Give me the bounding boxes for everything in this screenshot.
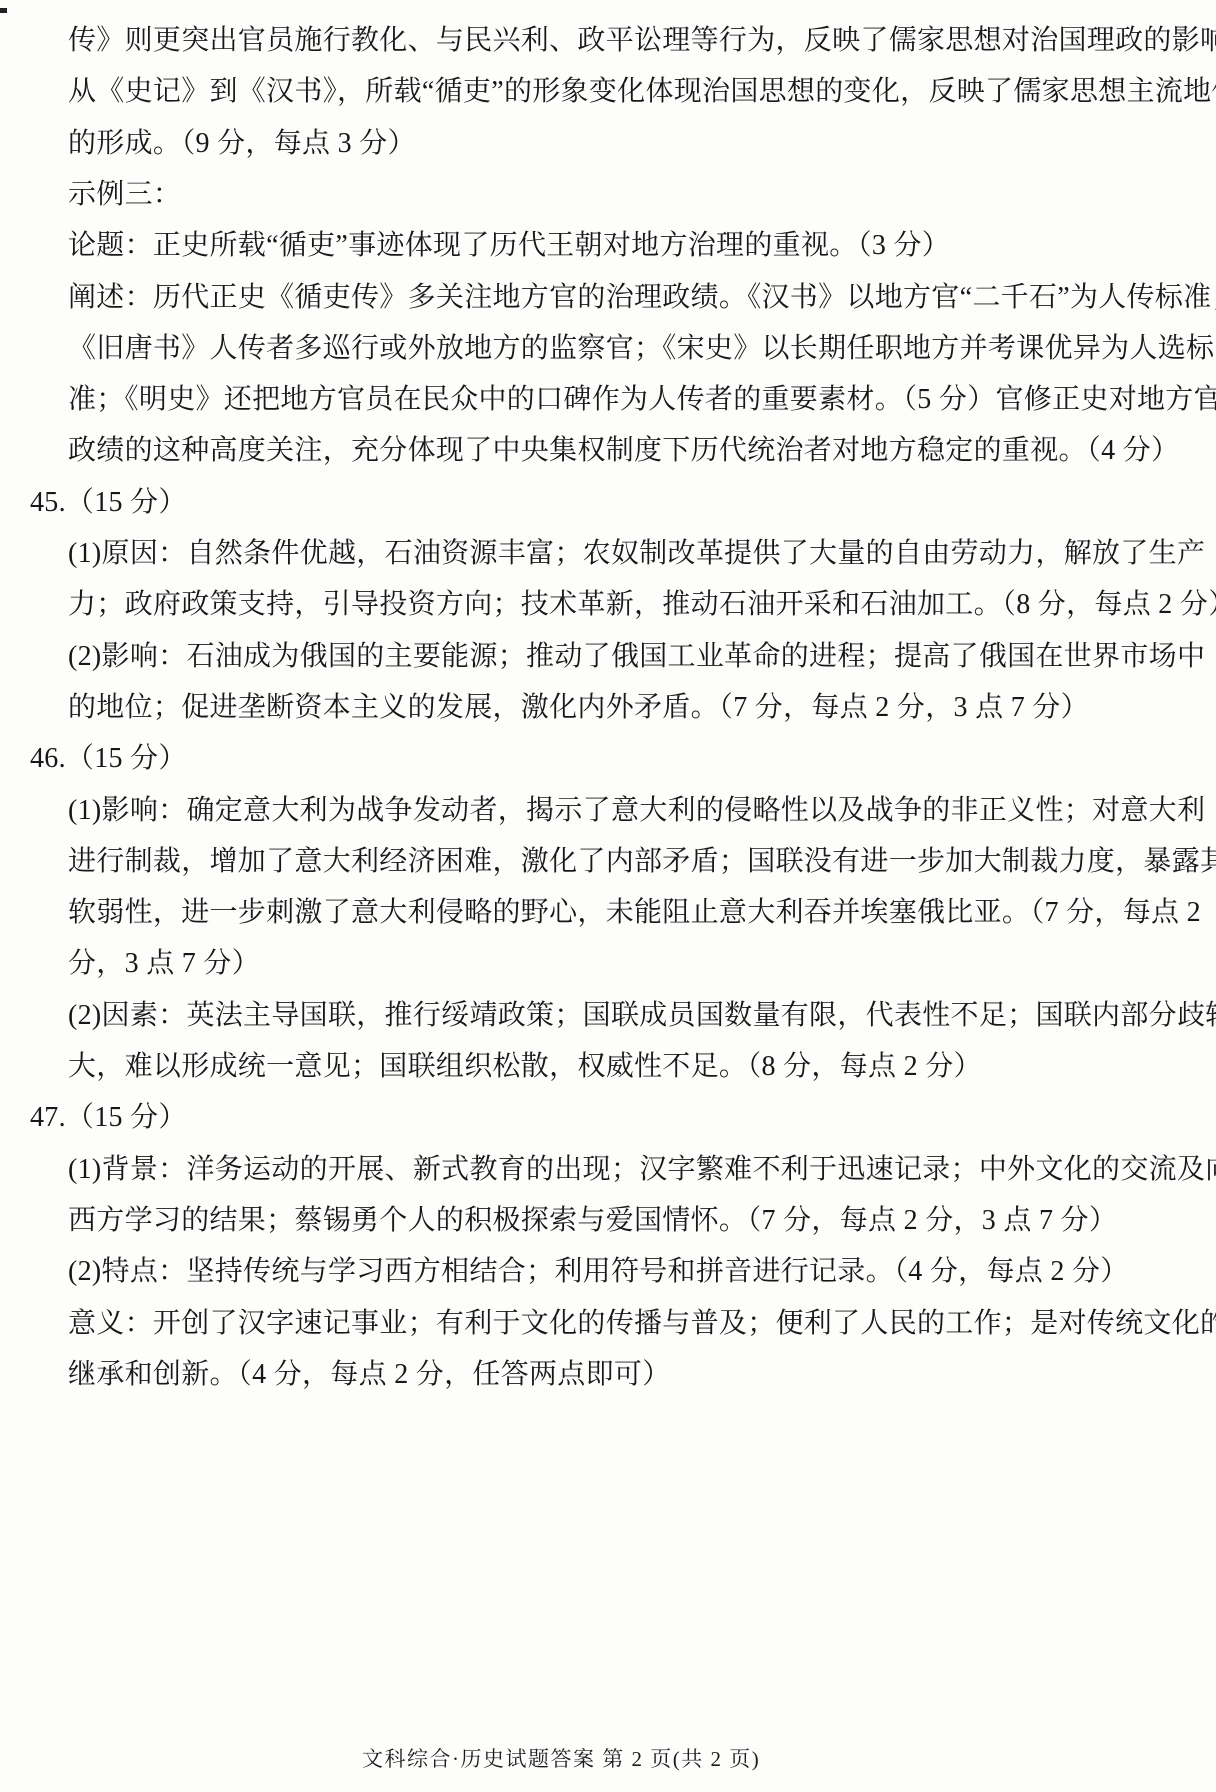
answer-text-line: 继承和创新。（4 分，每点 2 分，任答两点即可） — [68, 1358, 671, 1392]
answer-text-line: 《旧唐书》人传者多巡行或外放地方的监察官；《宋史》以长期任职地方并考课优异为人选… — [68, 332, 1214, 366]
question-number-line: 45.（15 分） — [30, 486, 187, 520]
answer-text-line: (2)因素：英法主导国联，推行绥靖政策；国联成员国数量有限，代表性不足；国联内部… — [68, 999, 1216, 1033]
answer-text-line: 进行制裁，增加了意大利经济困难，激化了内部矛盾；国联没有进一步加大制裁力度，暴露… — [68, 845, 1216, 879]
page-footer: 文科综合·历史试题答案 第 2 页(共 2 页) — [362, 1743, 760, 1773]
answer-text-line: 分，3 点 7 分） — [68, 947, 260, 981]
answer-text-line: 大，难以形成统一意见；国联组织松散，权威性不足。（8 分，每点 2 分） — [68, 1050, 982, 1084]
answer-text-line: (2)特点：坚持传统与学习西方相结合；利用符号和拼音进行记录。（4 分，每点 2… — [68, 1255, 1129, 1289]
question-number-line: 46.（15 分） — [30, 742, 187, 776]
answer-text-line: 意义：开创了汉字速记事业；有利于文化的传播与普及；便利了人民的工作；是对传统文化… — [68, 1307, 1216, 1341]
scan-artifact-mark — [0, 8, 7, 13]
answer-text-line: 政绩的这种高度关注，充分体现了中央集权制度下历代统治者对地方稳定的重视。（4 分… — [68, 434, 1179, 468]
answer-text-line: 软弱性，进一步刺激了意大利侵略的野心，未能阻止意大利吞并埃塞俄比亚。（7 分，每… — [68, 896, 1201, 930]
answer-text-line: (1)原因：自然条件优越，石油资源丰富；农奴制改革提供了大量的自由劳动力，解放了… — [68, 537, 1205, 571]
answer-text-line: (2)影响：石油成为俄国的主要能源；推动了俄国工业革命的进程；提高了俄国在世界市… — [68, 640, 1205, 674]
answer-text-line: 准；《明史》还把地方官员在民众中的口碑作为人传者的重要素材。（5 分）官修正史对… — [68, 383, 1216, 417]
answer-text-line: 力；政府政策支持，引导投资方向；技术革新，推动石油开采和石油加工。（8 分，每点… — [68, 588, 1216, 622]
answer-text-line: 的地位；促进垄断资本主义的发展，激化内外矛盾。（7 分，每点 2 分，3 点 7… — [68, 691, 1089, 725]
answer-text-line: 的形成。（9 分，每点 3 分） — [68, 127, 416, 161]
answer-text-line: (1)影响：确定意大利为战争发动者，揭示了意大利的侵略性以及战争的非正义性；对意… — [68, 794, 1205, 828]
answer-text-line: (1)背景：洋务运动的开展、新式教育的出现；汉字繁难不利于迅速记录；中外文化的交… — [68, 1153, 1216, 1187]
answer-text-line: 论题：正史所载“循吏”事迹体现了历代王朝对地方治理的重视。（3 分） — [68, 229, 950, 263]
answer-text-line: 西方学习的结果；蔡锡勇个人的积极探索与爱国情怀。（7 分，每点 2 分，3 点 … — [68, 1204, 1117, 1238]
question-number-line: 47.（15 分） — [30, 1101, 187, 1135]
document-page: 传》则更突出官员施行教化、与民兴利、政平讼理等行为，反映了儒家思想对治国理政的影… — [0, 0, 1216, 1792]
answer-text-line: 示例三： — [68, 178, 181, 212]
answer-text-line: 阐述：历代正史《循吏传》多关注地方官的治理政绩。《汉书》以地方官“二千石”为人传… — [68, 281, 1216, 315]
answer-text-line: 传》则更突出官员施行教化、与民兴利、政平讼理等行为，反映了儒家思想对治国理政的影… — [68, 24, 1216, 58]
answer-text-line: 从《史记》到《汉书》，所载“循吏”的形象变化体现治国思想的变化，反映了儒家思想主… — [68, 75, 1216, 109]
